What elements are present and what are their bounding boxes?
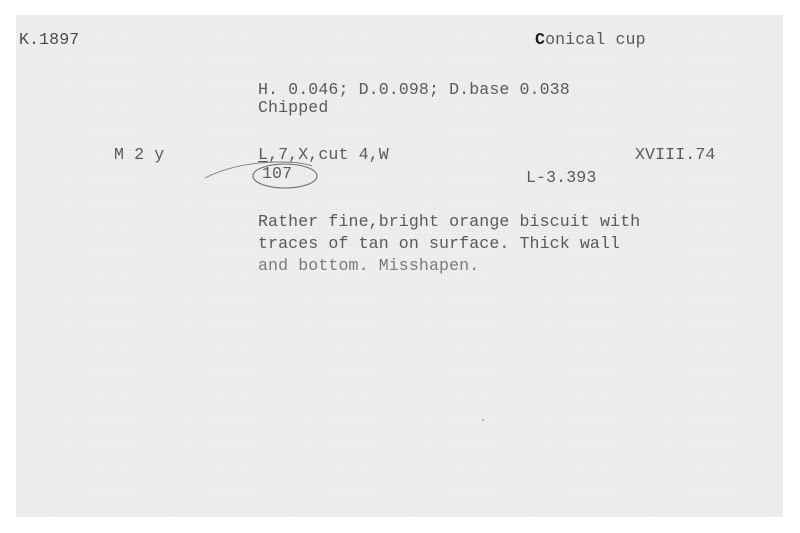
condition: Chipped <box>258 98 328 117</box>
object-type-rest: onical cup <box>545 30 646 49</box>
circled-number: 107 <box>262 164 292 183</box>
context-L: L <box>258 145 268 164</box>
description-line-2: traces of tan on surface. Thick wall <box>258 234 620 253</box>
description-line-1: Rather fine,bright orange biscuit with <box>258 212 640 231</box>
description-line-3: and bottom. Misshapen. <box>258 256 479 275</box>
inventory-reference: L-3.393 <box>526 168 596 187</box>
object-type-initial: C <box>535 30 545 49</box>
catalog-number: K.1897 <box>19 30 79 49</box>
object-type: Conical cup <box>535 30 646 49</box>
paper-speck <box>482 419 484 421</box>
notebook-reference: XVIII.74 <box>635 145 715 164</box>
context-reference: L,7,X,cut 4,W <box>258 145 389 164</box>
grid-reference: M 2 y <box>114 145 164 164</box>
context-rest: ,7,X,cut 4,W <box>268 145 389 164</box>
dimensions: H. 0.046; D.0.098; D.base 0.038 <box>258 80 570 99</box>
